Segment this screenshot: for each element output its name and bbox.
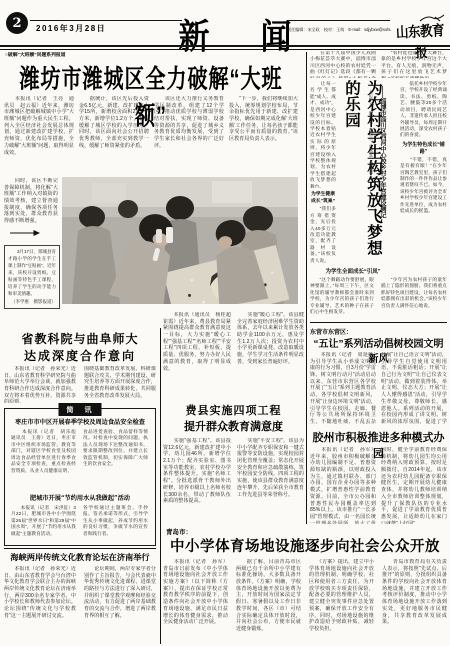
header-rule-left: [30, 20, 182, 21]
newspaper-page: 2 2016年3月28日 新 闻 责任编辑：宋全政 校对：王萌 E-mail：s…: [0, 0, 450, 646]
keyuan-col-2: 围绕基础教育改革发展、科研课题联合攻关、学术期刊建设、研究生培养等方面开展深度合…: [84, 366, 156, 403]
shaoniangong-intro-col-2: “农村娃也能登上大舞台，靠的是乡村学校少年宫这个大平台。育人无痕，润物无声，孩子…: [381, 51, 447, 78]
briefs-box-tab: 简 讯: [59, 403, 102, 416]
horizontal-divider-forum: [4, 548, 156, 549]
forum-headline: 海峡两岸传统文化教育论坛在济南举行: [4, 552, 156, 563]
brief-1-col-1: 本报讯（记者 胡乐彪 通讯员 王倩）近日，枣庄市市中区组织市场监管、教育等部门，…: [11, 429, 76, 487]
shaoniangong-subtitle-vertical: ——淄博市淄川区西河中心校乡村少年宫建设侧记: [378, 86, 387, 248]
shaoniangong-bottom-subhead: 为学生全面成长“引凤”: [310, 267, 396, 275]
shaoniangong-right-subhead: 为学生特色成长“铺路”: [400, 141, 447, 155]
newspaper-logo: 山东教育报: [393, 14, 448, 46]
editor-info-line: 责任编辑：宋全政 校对：王萌 E-mail：sdjybxw@sohu.com 美…: [287, 27, 391, 33]
qingdao-col-3: 《方案》提出，建立中小学体育场地设施向社会开放的管理机制，明确学校、社区和使用者…: [309, 559, 374, 643]
shaoniangong-left-subhead: 为学生健康成长“筑巢”: [310, 190, 336, 204]
keyuan-headline-line1: 省教科院与曲阜师大: [4, 330, 156, 347]
dongying-col-2: 开展“让自己语言文明”活动，引导学生自觉使用文明用语，不说脏话粗话；开展“让自己…: [381, 352, 447, 424]
brief-2-col-2: 各学校通过主题班会、手抄报、签名承诺等形式，引导学生从小事做起，养成节约用水的良…: [83, 505, 148, 541]
feixian-lower-col-1: 实施“强基工程”。该县投资12.6亿元，新建改扩建中小学、幼儿园46所，新增学位…: [163, 438, 231, 520]
shaoniangong-intro-col-1: 在第十九届中国少儿戏曲小梅花荟萃大赛中，淄博市淄川区西河中心校的农村娃凭一曲《红…: [310, 51, 376, 78]
vertical-divider-main: [306, 52, 307, 524]
shaoniangong-left-text2: “我们多方筹措资金，先后投入40多万元改造功能教室，配齐了器材设备。”该校负责人…: [310, 206, 336, 263]
main-article-col-2: 据统计，该区先后投入资金6.5亿元，新建、改扩建中小学15所，新增校舍面积21万…: [79, 96, 149, 174]
photo-caption-credit: （李学惠 摄影报道）: [8, 299, 56, 306]
shaoniangong-bottom-col-2: “少年宫为农村孩子的童年插上了隐形的翅膀。我们将重点抓好特色项目建设，让每名农村…: [381, 277, 447, 319]
issue-date: 2016年3月28日: [36, 23, 106, 34]
main-article-kicker: ○破解“大班额”问题系列报道: [5, 51, 65, 58]
main-article-side-col: 同时，该区不断完善保障机制，将化解“大班额”工作纳入对镇街的绩效考核，建立督查通…: [4, 178, 58, 225]
keyuan-col-1: 本报讯（记者 孙荣光）近日，山东省教育科学研究院与曲阜师范大学举行会谈，就加强教…: [4, 366, 76, 403]
feixian-upper-col-2: 实施“暖心工程”。该县健全完善家庭经济困难学生资助体系，去年以来累计发放各类助学…: [237, 312, 304, 398]
brief-1-headline: 枣庄市市中区开展春季学校及周边食品安全检查: [8, 417, 152, 426]
qingdao-col-2: 据了解，目前青岛市区两级已有千余所中小学建有标准化操场，大多数具备开放条件。《方…: [236, 559, 301, 643]
photo-caption-text: 3月17日，郯城县育才路小学的学生在手工课上制作“豆贴画”。近年来，该校开设剪纸…: [8, 249, 56, 296]
header-rule-right: [287, 20, 390, 21]
shaoniangong-right-column: 依托乡村学校少年宫，学校开设了经典诵读、书法、剪纸、陶艺、腰鼓等20多个活动项目…: [400, 81, 447, 263]
brief-2-col-1: 本报讯（记者 宋洪征）3月22日，肥城市各中小学围绕第26届“世界水日”和第29…: [11, 505, 76, 541]
shaoniangong-left-column: 让每一名学生都能“成人、成才、成功”，是西河中心校少年宫建设的目标。学校本着贴近…: [310, 81, 336, 263]
qingdao-col-1: 本报讯（记者 孙军）青岛市日前发布《中小学体育场地设施向社会开放工作实施方案》（…: [163, 559, 228, 643]
photo-caption-box: 3月17日，郯城县育才路小学的学生在手工课上制作“豆贴画”。近年来，该校开设剪纸…: [4, 245, 60, 309]
shaoniangong-left-text1: 让每一名学生都能“成人、成才、成功”，是西河中心校少年宫建设的目标。学校本着贴近…: [310, 81, 336, 188]
shaoniangong-right-text1: 依托乡村学校少年宫，学校开设了经典诵读、书法、剪纸、陶艺、腰鼓等20多个活动项目…: [400, 81, 447, 139]
forum-col-2: 论坛期间，两岸专家学者分别作了主旨报告，与会代表就中华优秀传统文化进课程、进课堂…: [84, 566, 156, 642]
vertical-divider-left: [160, 328, 161, 644]
main-article-col-1: 本报讯（记者 王亮 通讯员 赵云福）近年来，潍坊市潍城区把破解城镇中小学“大班额…: [4, 96, 74, 174]
feixian-headline-line1: 费县实施四项工程: [163, 402, 304, 418]
shaoniangong-byline-vertical: 本报记者 魏海政 通讯员 闫盛霆 仇慧清: [368, 90, 374, 240]
horizontal-divider-right: [310, 322, 447, 323]
feixian-headline-line2: 提升群众教育满意度: [163, 418, 304, 434]
dongying-col-1: 本报讯（记者 周延岭）为引导学生从小养成文明健康的行为习惯，自3月份“学雷锋、树…: [310, 352, 376, 424]
section-masthead: 新 闻: [178, 8, 302, 58]
news-photo: [62, 177, 298, 304]
feixian-upper-col-1: 本报讯（通讯员 杨桂超 崔霞）近年来，费县教育局紧紧围绕提高群众教育满意度这一目…: [163, 312, 231, 398]
feixian-lower-col-2: 实施“平安工程”。该县为中小学配齐专职保安和一键式报警等安防设施，实现校园封闭化…: [237, 438, 304, 520]
qingdao-headline: 中小学体育场地设施逐步向社会公众开放: [163, 535, 447, 556]
jiaozhou-col-1: 本报讯（记者 孙军）近年来，胶州市积极破解公办幼儿园编制不足、普惠资源短缺的瓶颈…: [310, 447, 376, 524]
header-thin-rule: [0, 49, 450, 50]
jiaozhou-col-2: 同时，健全学前教育经费保障机制，将幼儿园生均公用经费纳入财政预算，按时足额拨付。…: [381, 447, 447, 524]
main-article-col-3: 该区还大力推行义务教育学区制改革，组建了12个学区，推动优质学校与薄弱学校结对帮…: [154, 96, 224, 174]
brief-1-col-2: 食品进货查验、食品留样等情况。对检查中发现的问题，执法人员现场下达整改通知书，要…: [83, 429, 148, 487]
keyuan-headline-line2: 达成深度合作意向: [4, 347, 156, 364]
brief-2-headline: 肥城市开展“节约用水从我做起”活动: [8, 493, 152, 502]
shaoniangong-bottom-col-1: “这个舞蹈动作要舒展，眼神要跟上。”每周三下午，区文化馆的辅导教师都会准时来到学…: [310, 277, 374, 319]
main-article-col-4: “下一步，我们将继续加大投入，统筹规划学校布局，节余指标优先用于新建、改扩建学校…: [229, 96, 298, 174]
shaoniangong-right-text2: “不错，不错，真是有板有眼！”在少年宫陶艺教室里，孩子们制作的一件件作品让参观者…: [400, 157, 447, 215]
continuation-arrow-icon: [10, 229, 40, 237]
forum-col-1: 本报讯（记者 孙荣光）近日，由山东省教育学会与台湾中华文化教育学会联合主办的海峡…: [4, 566, 76, 642]
briefs-box: 简 讯 枣庄市市中区开展春季学校及周边食品安全检查 本报讯（记者 胡乐彪 通讯员…: [4, 408, 156, 546]
page-number-badge: 2: [6, 12, 28, 34]
header-thick-rule: [0, 45, 450, 47]
qingdao-col-4: 青岛市教育局有关负责人表示，将按照“先试点、后推开”的原则，分批组织具备条件的学…: [382, 559, 447, 643]
